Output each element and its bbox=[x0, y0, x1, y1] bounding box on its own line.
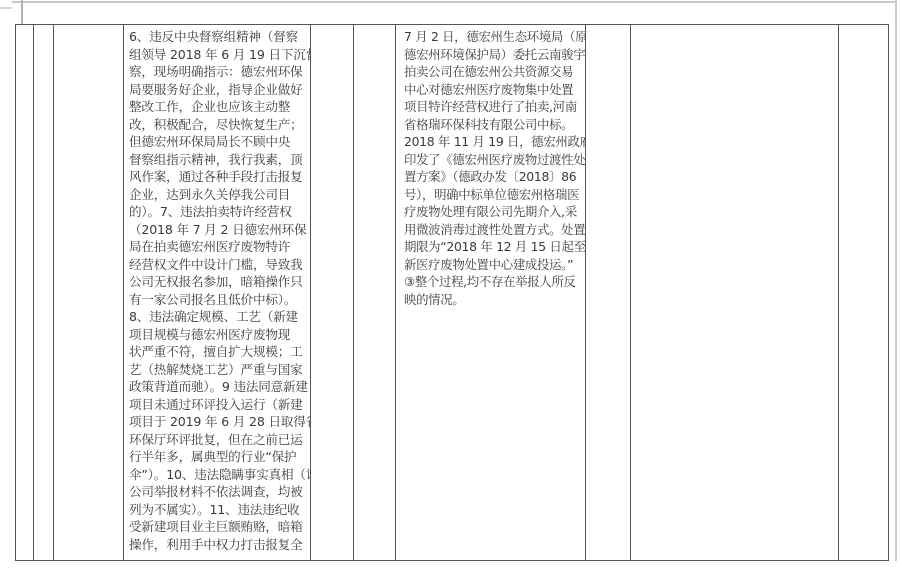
text-line: 公司举报材料不依法调查，均被 bbox=[129, 483, 308, 501]
text-line: 6、违反中央督察组精神（督察 bbox=[129, 28, 308, 46]
text-line: 有一家公司报名且低价中标）。 bbox=[129, 291, 308, 309]
text-line: 的）。7、违法拍卖特许经营权 bbox=[129, 203, 308, 221]
scanned-document-page: 6、违反中央督察组精神（督察组领导 2018 年 6 月 19 日下沉督察，现场… bbox=[0, 0, 900, 575]
table-col-empty-3 bbox=[54, 25, 124, 560]
page-edge-top bbox=[12, 1, 897, 3]
text-line: 经营权文件中设计门槛，导致我 bbox=[129, 256, 308, 274]
complaint-table-row: 6、违反中央督察组精神（督察组领导 2018 年 6 月 19 日下沉督察，现场… bbox=[15, 24, 889, 561]
page-edge-corner bbox=[0, 7, 12, 9]
text-line: 状严重不符，擅自扩大规模；工 bbox=[129, 343, 308, 361]
table-col-empty-4 bbox=[311, 25, 354, 560]
text-line: 督察组指示精神，我行我素，顶 bbox=[129, 151, 308, 169]
text-line: 项目特许经营权进行了拍卖,河南 bbox=[404, 98, 583, 116]
table-col-empty-7 bbox=[631, 25, 839, 560]
text-line: 但德宏州环保局局长不顾中央 bbox=[129, 133, 308, 151]
text-line: 置方案》（德政办发〔2018〕86 bbox=[404, 168, 583, 186]
complaint-text-column: 6、违反中央督察组精神（督察组领导 2018 年 6 月 19 日下沉督察，现场… bbox=[124, 25, 311, 560]
text-line: 拍卖公司在德宏州公共资源交易 bbox=[404, 63, 583, 81]
text-line: 企业，达到永久关停我公司目 bbox=[129, 186, 308, 204]
text-line: 环保厅环评批复，但在之前已运 bbox=[129, 431, 308, 449]
text-line: 疗废物处理有限公司先期介入,采 bbox=[404, 203, 583, 221]
text-line: ③整个过程,均不存在举报人所反 bbox=[404, 273, 583, 291]
text-line: 艺（热解焚烧工艺）严重与国家 bbox=[129, 361, 308, 379]
text-line: 组领导 2018 年 6 月 19 日下沉督 bbox=[129, 46, 308, 64]
page-edge-stub bbox=[21, 0, 23, 24]
text-line: 项目规模与德宏州医疗废物现 bbox=[129, 326, 308, 344]
text-line: 受新建项目业主巨额贿赂，暗箱 bbox=[129, 518, 308, 536]
page-edge-right bbox=[895, 0, 897, 561]
text-line: 操作，利用手中权力打击报复全 bbox=[129, 536, 308, 554]
text-line: 行半年多，属典型的行业“保护 bbox=[129, 448, 308, 466]
text-line: 德宏州环境保护局）委托云南骏宇 bbox=[404, 46, 583, 64]
table-col-empty-5 bbox=[354, 25, 396, 560]
text-line: 察，现场明确指示：德宏州环保 bbox=[129, 63, 308, 81]
text-line: （2018 年 7 月 2 日德宏州环保 bbox=[129, 221, 308, 239]
text-line: 印发了《德宏州医疗废物过渡性处 bbox=[404, 151, 583, 169]
text-line: 映的情况。 bbox=[404, 291, 583, 309]
table-col-empty-6 bbox=[586, 25, 631, 560]
text-line: 项目于 2019 年 6 月 28 日取得省 bbox=[129, 413, 308, 431]
text-line: 中心对德宏州医疗废物集中处置 bbox=[404, 81, 583, 99]
text-line: 号），明确中标单位德宏州格瑞医 bbox=[404, 186, 583, 204]
text-line: 改，积极配合，尽快恢复生产； bbox=[129, 116, 308, 134]
text-line: 用微波消毒过渡性处置方式。处置 bbox=[404, 221, 583, 239]
text-line: 项目未通过环评投入运行（新建 bbox=[129, 396, 308, 414]
table-col-empty-1 bbox=[16, 25, 34, 560]
text-line: 7 月 2 日，德宏州生态环境局（原 bbox=[404, 28, 583, 46]
table-col-empty-8 bbox=[839, 25, 888, 560]
text-line: 风作案，通过各种手段打击报复 bbox=[129, 168, 308, 186]
text-line: 局在拍卖德宏州医疗废物特许 bbox=[129, 238, 308, 256]
text-line: 局要服务好企业，指导企业做好 bbox=[129, 81, 308, 99]
text-line: 2018 年 11 月 19 日，德宏州政府 bbox=[404, 133, 583, 151]
verification-text-column: 7 月 2 日，德宏州生态环境局（原德宏州环境保护局）委托云南骏宇拍卖公司在德宏… bbox=[396, 25, 586, 560]
text-line: 期限为“2018 年 12 月 15 日起至 bbox=[404, 238, 583, 256]
text-line: 伞”）。10、违法隐瞒事实真相（该 bbox=[129, 466, 308, 484]
text-line: 公司无权报名参加，暗箱操作只 bbox=[129, 273, 308, 291]
text-line: 8、违法确定规模、工艺（新建 bbox=[129, 308, 308, 326]
text-line: 新医疗废物处置中心建成投运。” bbox=[404, 256, 583, 274]
text-line: 政策背道而驰）。9 违法同意新建 bbox=[129, 378, 308, 396]
text-line: 省格瑞环保科技有限公司中标。 bbox=[404, 116, 583, 134]
text-line: 列为不属实）。11、违法违纪收 bbox=[129, 501, 308, 519]
table-col-empty-2 bbox=[34, 25, 54, 560]
text-line: 整改工作，企业也应该主动整 bbox=[129, 98, 308, 116]
